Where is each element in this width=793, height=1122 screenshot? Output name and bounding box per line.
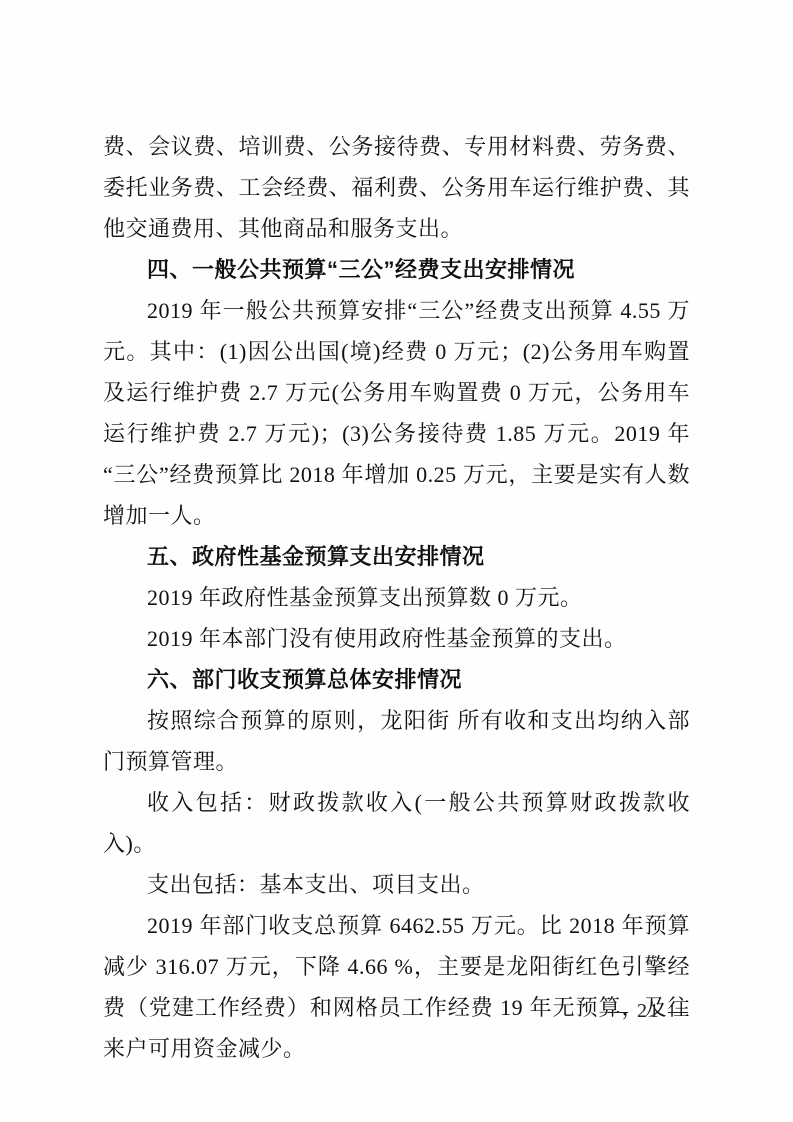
section-heading-5-government-fund-budget: 五、政府性基金预算支出安排情况: [103, 536, 690, 577]
paragraph-income-includes: 收入包括：财政拨款收入(一般公共预算财政拨款收入)。: [103, 782, 690, 864]
section-heading-6-overall-budget-arrangement: 六、部门收支预算总体安排情况: [103, 659, 690, 700]
paragraph-expense-items-continuation: 费、会议费、培训费、公务接待费、专用材料费、劳务费、委托业务费、工会经费、福利费…: [103, 126, 690, 249]
paragraph-three-public-funds-detail: 2019 年一般公共预算安排“三公”经费支出预算 4.55 万元。其中：(1)因…: [103, 290, 690, 536]
page-number: — 21 —: [608, 1000, 690, 1022]
paragraph-government-fund-amount: 2019 年政府性基金预算支出预算数 0 万元。: [103, 577, 690, 618]
document-page: 费、会议费、培训费、公务接待费、专用材料费、劳务费、委托业务费、工会经费、福利费…: [0, 0, 793, 1122]
paragraph-expenditure-includes: 支出包括：基本支出、项目支出。: [103, 864, 690, 905]
paragraph-comprehensive-budget-principle: 按照综合预算的原则，龙阳街 所有收和支出均纳入部门预算管理。: [103, 700, 690, 782]
document-body: 费、会议费、培训费、公务接待费、专用材料费、劳务费、委托业务费、工会经费、福利费…: [103, 126, 690, 1069]
paragraph-total-budget-summary: 2019 年部门收支总预算 6462.55 万元。比 2018 年预算减少 31…: [103, 905, 690, 1069]
paragraph-government-fund-no-usage: 2019 年本部门没有使用政府性基金预算的支出。: [103, 618, 690, 659]
section-heading-4-three-public-funds: 四、一般公共预算“三公”经费支出安排情况: [103, 249, 690, 290]
page-footer: — 21 —: [608, 998, 690, 1024]
